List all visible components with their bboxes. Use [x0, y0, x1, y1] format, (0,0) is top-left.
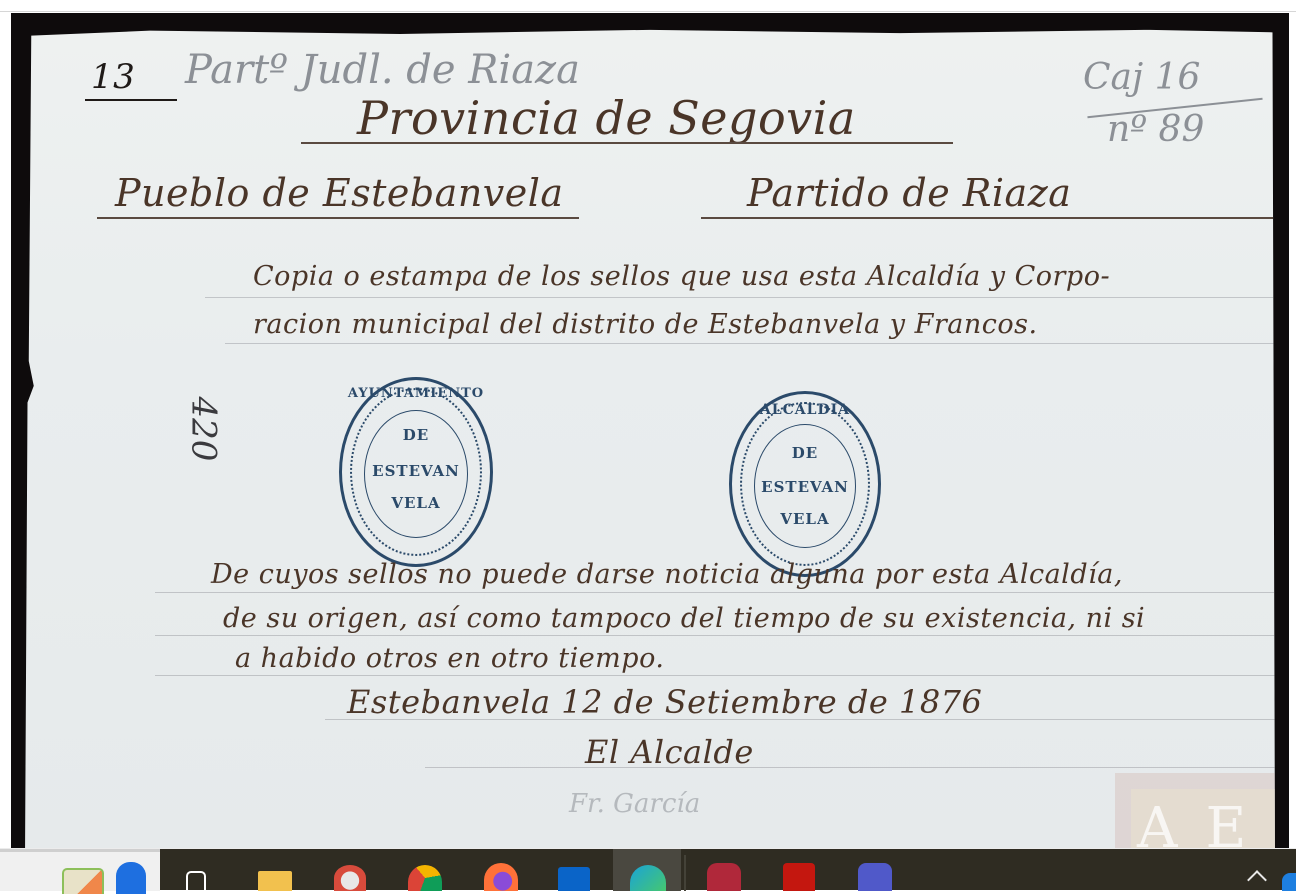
task-view-icon[interactable]	[186, 871, 206, 890]
partido-heading: Partido de Riaza	[747, 171, 1071, 215]
date-line: Estebanvela 12 de Setiembre de 1876	[347, 683, 982, 721]
alcaldia-seal: ALCALDIA DE ESTEVAN VELA	[729, 391, 881, 577]
archive-ref-bottom: nº 89	[1107, 109, 1204, 150]
document-title: Provincia de Segovia	[357, 91, 856, 145]
title-underline	[301, 142, 953, 144]
page-number: 13	[91, 57, 135, 97]
faint-signature: Fr. García	[569, 789, 700, 819]
archive-watermark: AE	[1115, 773, 1289, 848]
body-line-2: racion municipal del distrito de Esteban…	[253, 309, 1038, 340]
body-line-1: Copia o estampa de los sellos que usa es…	[253, 261, 1110, 292]
ayuntamiento-seal: AYUNTAMIENTO DE ESTEVAN VELA	[339, 377, 493, 567]
signature-label: El Alcalde	[585, 733, 754, 771]
closing-line-2: de su origen, así como tampoco del tiemp…	[223, 603, 1145, 634]
firefox-icon[interactable]	[484, 863, 518, 890]
chrome-icon[interactable]	[408, 865, 442, 890]
snipping-tool-icon[interactable]	[334, 865, 366, 890]
seal-line-2: ESTEVAN	[732, 478, 878, 496]
seal-line-2: ESTEVAN	[342, 462, 490, 480]
closing-line-3: a habido otros en otro tiempo.	[235, 643, 664, 674]
teams-icon[interactable]	[858, 863, 892, 890]
seal-line-3: VELA	[342, 494, 490, 512]
seal-line-1: DE	[342, 426, 490, 444]
viewer-top-bar	[0, 0, 1296, 12]
closing-line-1: De cuyos sellos no puede darse noticia a…	[211, 559, 1123, 590]
document-viewer[interactable]: 13 Partº Judl. de Riaza Caj 16 nº 89 Pro…	[0, 12, 1296, 848]
scanned-document-image: 13 Partº Judl. de Riaza Caj 16 nº 89 Pro…	[11, 13, 1289, 848]
file-explorer-icon[interactable]	[258, 871, 292, 890]
notepad-pencil-icon[interactable]	[62, 868, 104, 890]
pueblo-underline	[97, 217, 579, 219]
outlook-icon[interactable]	[558, 867, 590, 890]
seal-arc-text: ALCALDIA	[732, 402, 878, 418]
partido-underline	[701, 217, 1283, 219]
tray-overflow-chevron-icon[interactable]	[1247, 870, 1267, 890]
access-icon[interactable]	[707, 863, 741, 890]
acrobat-icon[interactable]	[783, 863, 815, 890]
archive-ref-top: Caj 16	[1083, 57, 1200, 98]
windows-taskbar	[0, 848, 1296, 890]
seal-line-1: DE	[732, 444, 878, 462]
taskbar-left-panel	[0, 849, 160, 890]
margin-number: 420	[183, 397, 223, 462]
pencil-header: Partº Judl. de Riaza	[185, 47, 580, 93]
manuscript-page: 13 Partº Judl. de Riaza Caj 16 nº 89 Pro…	[25, 29, 1275, 848]
watermark-text: AE	[1131, 789, 1280, 848]
onedrive-icon[interactable]	[1282, 873, 1296, 890]
seal-line-3: VELA	[732, 510, 878, 528]
page-number-underline	[85, 99, 177, 101]
taskbar-separator	[684, 855, 686, 890]
pueblo-heading: Pueblo de Estebanvela	[115, 171, 564, 215]
blue-drop-icon[interactable]	[116, 862, 146, 890]
seal-arc-text: AYUNTAMIENTO	[342, 386, 490, 401]
